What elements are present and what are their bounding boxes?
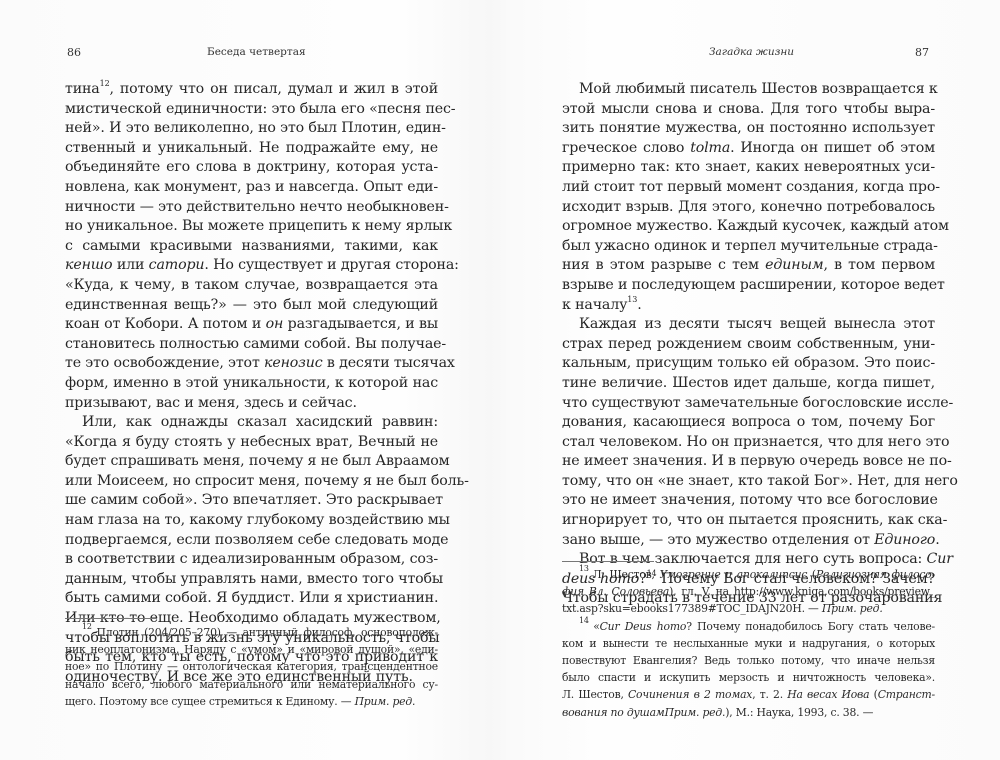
text-line: форм, именно в этой уникальности, к кото… bbox=[65, 374, 438, 394]
text-line: Или, как однажды сказал хасидский раввин… bbox=[65, 413, 438, 433]
text-line: тому, что он «не знает, кто такой Бог». … bbox=[562, 472, 935, 492]
footnotes: 12 Плотин (204/205–270) — античный филос… bbox=[65, 624, 438, 710]
text-line: ничности — это действительно нечто необы… bbox=[65, 198, 438, 218]
footnote-line: 13 Л. Шестов, Умозрение и апокалипсис (Р… bbox=[562, 566, 935, 583]
text-line: «Куда, к чему, в таком случае, возвращае… bbox=[65, 276, 438, 296]
text-line: дования, касающиеся вопроса о том, почем… bbox=[562, 413, 935, 433]
body-text: Мой любимый писатель Шестов возвращается… bbox=[562, 80, 935, 609]
body-text: тина12, потому что он писал, думал и жил… bbox=[65, 80, 438, 687]
text-line: ния в этом разрыве с тем единым, в том п… bbox=[562, 256, 935, 276]
footnote-14: 14 «Cur Deus homo? Почему понадобилось Б… bbox=[562, 618, 935, 721]
text-line: Каждая из десяти тысяч вещей вынесла это… bbox=[562, 315, 935, 335]
text-line: кеншо или сатори. Но существует и другая… bbox=[65, 256, 438, 276]
footnote-line: щего. Поэтому все сущее стремиться к Еди… bbox=[65, 693, 438, 710]
footnote-line: было спасти и искупить мерзость и ничтож… bbox=[562, 669, 935, 686]
text-line: взрыве и последующем расширении, которое… bbox=[562, 276, 935, 296]
chapter-title: Беседа четвертая bbox=[207, 46, 306, 58]
text-line: мистической единичности: это была его «п… bbox=[65, 100, 438, 120]
running-head-right: Загадка жизни 87 bbox=[562, 46, 935, 60]
text-line: ственный и уникальный. Не подражайте ему… bbox=[65, 139, 438, 159]
text-line: зить понятие мужества, он постоянно испо… bbox=[562, 119, 935, 139]
footnote-line: ное» по Плотину — онтологическая категор… bbox=[65, 658, 438, 675]
text-line: будет спрашивать меня, почему я не был А… bbox=[65, 452, 438, 472]
page-number: 86 bbox=[67, 46, 81, 59]
text-line: ше самим собой». Это впечатляет. Это рас… bbox=[65, 491, 438, 511]
footnote-line: фия Вл. Соловьева), гл. V, на http://www… bbox=[562, 583, 935, 600]
text-line: или Моисеем, но спросит меня, почему я н… bbox=[65, 472, 438, 492]
text-line: быть самими собой. Я буддист. Или я хрис… bbox=[65, 589, 438, 609]
footnote-13: 13 Л. Шестов, Умозрение и апокалипсис (Р… bbox=[562, 566, 935, 618]
footnote-ref: 13 bbox=[627, 295, 637, 304]
text-line: страх перед рождением своим собственным,… bbox=[562, 335, 935, 355]
text-line: становитесь полностью самими собой. Вы п… bbox=[65, 335, 438, 355]
footnote-line: 14 «Cur Deus homo? Почему понадобилось Б… bbox=[562, 618, 935, 635]
page-number: 87 bbox=[915, 46, 929, 59]
footnote-line: начало всего, любого материального или н… bbox=[65, 676, 438, 693]
footnote-line: ком и вынести те неслыханные муки и надр… bbox=[562, 635, 935, 652]
text-line: объединяйте его слова в доктрину, котора… bbox=[65, 158, 438, 178]
text-line: греческое слово tolma. Иногда он пишет о… bbox=[562, 139, 935, 159]
footnotes: 13 Л. Шестов, Умозрение и апокалипсис (Р… bbox=[562, 566, 935, 721]
text-line: игнорирует то, что он пытается прояснить… bbox=[562, 511, 935, 531]
text-line: призывают, вас и меня, здесь и сейчас. bbox=[65, 394, 438, 414]
text-line: нам глаза на то, какому глубокому воздей… bbox=[65, 511, 438, 531]
footnote-line: Л. Шестов, Сочинения в 2 томах, т. 2. На… bbox=[562, 686, 935, 703]
footnote-rule bbox=[562, 561, 654, 562]
text-line: примерно так: кто знает, каких невероятн… bbox=[562, 158, 935, 178]
text-line: стал человеком. Но он признается, что дл… bbox=[562, 433, 935, 453]
text-line: не имеет значения. И в первую очередь во… bbox=[562, 452, 935, 472]
footnote-number: 13 bbox=[579, 564, 593, 573]
footnote-number: 14 bbox=[579, 616, 593, 625]
book-spread: 86 Беседа четвертая тина12, потому что о… bbox=[0, 0, 1000, 760]
left-page: 86 Беседа четвертая тина12, потому что о… bbox=[65, 0, 438, 760]
text-line: Мой любимый писатель Шестов возвращается… bbox=[562, 80, 935, 100]
right-page: Загадка жизни 87 Мой любимый писатель Ше… bbox=[562, 0, 935, 760]
text-line: кальным, присущим только ей образом. Это… bbox=[562, 354, 935, 374]
text-line: тине величие. Шестов идет дальше, когда … bbox=[562, 374, 935, 394]
text-line: с самыми красивыми названиями, такими, к… bbox=[65, 237, 438, 257]
text-line: коан от Кобори. А потом и он разгадывает… bbox=[65, 315, 438, 335]
text-line: к началу13. bbox=[562, 296, 935, 316]
text-line: но уникальное. Вы можете прицепить к нем… bbox=[65, 217, 438, 237]
footnote-ref: 12 bbox=[100, 79, 110, 88]
text-line: это не имеет значения, потому что все бо… bbox=[562, 491, 935, 511]
text-line: единственная вещь?» — это был мой следую… bbox=[65, 296, 438, 316]
footnote-line: повествуют Евангелия? Ведь только потому… bbox=[562, 652, 935, 669]
text-line: лий стоит тот первый момент создания, ко… bbox=[562, 178, 935, 198]
text-line: огромное мужество. Каждый кусочек, кажды… bbox=[562, 217, 935, 237]
text-line: был ужасно одинок и терпел мучительные с… bbox=[562, 237, 935, 257]
text-line: «Когда я буду стоять у небесных врат, Ве… bbox=[65, 433, 438, 453]
text-line: что существуют замечательные богословски… bbox=[562, 394, 935, 414]
text-line: этой мысли снова и снова. Для того чтобы… bbox=[562, 100, 935, 120]
footnote-line: ник неоплатонизма. Наряду с «умом» и «ми… bbox=[65, 641, 438, 658]
text-line: зано выше, — это мужество отделения от Е… bbox=[562, 531, 935, 551]
footnote-line: txt.asp?sku=ebooks177389#TOC_IDAJN20H. —… bbox=[562, 600, 935, 617]
text-line: исходит взрыв. Для этого, конечно потреб… bbox=[562, 198, 935, 218]
footnote-line: вования по душамПрим. ред.), М.: Наука, … bbox=[562, 704, 935, 721]
text-line: подвергаемся, если позволяем себе следов… bbox=[65, 531, 438, 551]
footnote-line: 12 Плотин (204/205–270) — античный филос… bbox=[65, 624, 438, 641]
footnote-number: 12 bbox=[82, 622, 97, 631]
text-line: новлена, как монумент, раз и навсегда. О… bbox=[65, 178, 438, 198]
text-line: те это освобождение, этот кенозис в деся… bbox=[65, 354, 438, 374]
footnote-rule bbox=[65, 618, 157, 619]
running-head-left: 86 Беседа четвертая bbox=[65, 46, 438, 60]
text-line: тина12, потому что он писал, думал и жил… bbox=[65, 80, 438, 100]
chapter-title: Загадка жизни bbox=[709, 46, 794, 58]
text-line: ней». И это великолепно, но это был Плот… bbox=[65, 119, 438, 139]
text-line: данным, чтобы управлять нами, вместо тог… bbox=[65, 570, 438, 590]
text-line: в соответствии с идеализированным образо… bbox=[65, 550, 438, 570]
footnote-12: 12 Плотин (204/205–270) — античный филос… bbox=[65, 624, 438, 710]
